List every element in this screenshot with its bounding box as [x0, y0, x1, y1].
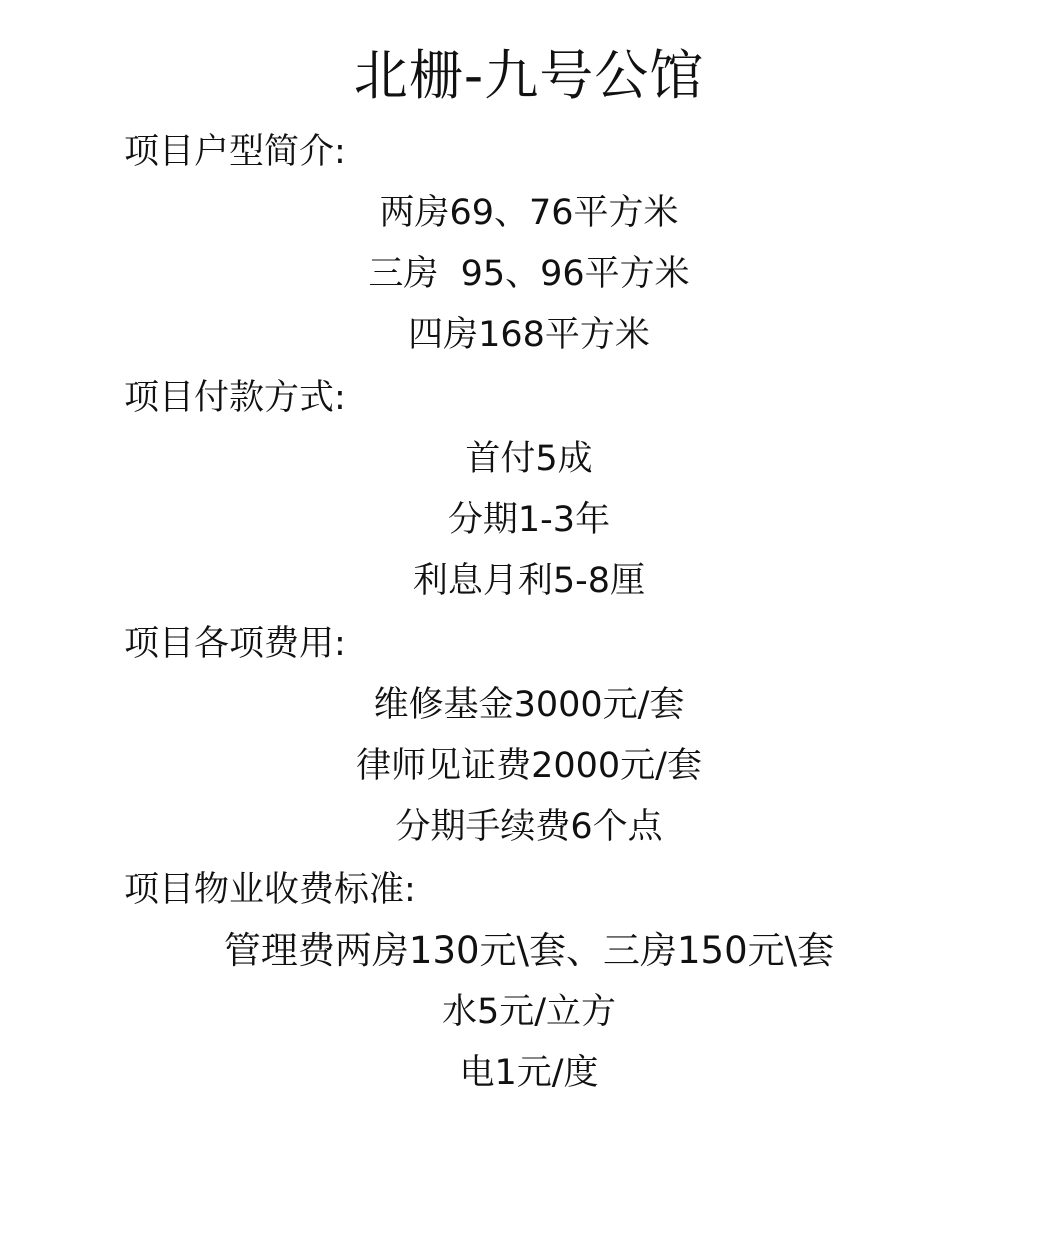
payment-line: 首付5成 [0, 435, 1058, 483]
fee-line: 维修基金3000元/套 [0, 681, 1058, 729]
fee-line: 律师见证费2000元/套 [0, 742, 1058, 790]
section-heading-property-fees: 项目物业收费标准: [124, 866, 416, 914]
unit-type-line: 两房69、76平方米 [0, 189, 1058, 237]
unit-type-line: 四房168平方米 [0, 311, 1058, 359]
section-heading-payment: 项目付款方式: [124, 374, 346, 422]
page-title: 北栅-九号公馆 [0, 38, 1058, 114]
fee-line: 分期手续费6个点 [0, 803, 1058, 851]
property-fee-line: 水5元/立方 [0, 988, 1058, 1036]
section-heading-unit-types: 项目户型简介: [124, 128, 346, 176]
unit-type-line: 三房 95、96平方米 [0, 250, 1058, 298]
property-fee-line: 管理费两房130元\套、三房150元\套 [0, 927, 1058, 975]
property-fee-line: 电1元/度 [0, 1049, 1058, 1097]
payment-line: 分期1-3年 [0, 496, 1058, 544]
section-heading-fees: 项目各项费用: [124, 620, 346, 668]
payment-line: 利息月利5-8厘 [0, 557, 1058, 605]
